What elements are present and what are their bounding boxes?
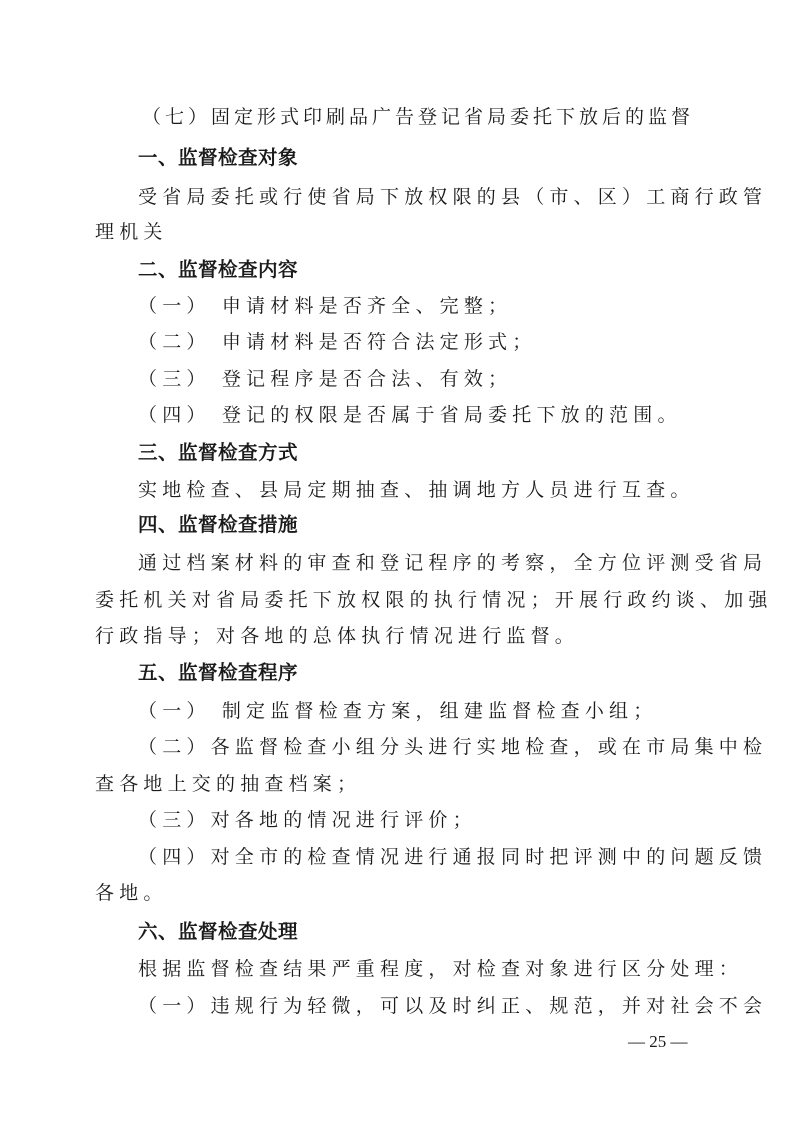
list-item: （三） 登记程序是否合法、有效； bbox=[138, 367, 512, 391]
list-item: （二）各监督检查小组分头进行实地检查，或在市局集中检 bbox=[138, 735, 767, 759]
section-heading-2: 二、监督检查内容 bbox=[138, 258, 298, 282]
paragraph-line: 根据监督检查结果严重程度，对检查对象进行区分处理： bbox=[138, 957, 743, 981]
paragraph-line: 通过档案材料的审查和登记程序的考察，全方位评测受省局 bbox=[138, 551, 767, 575]
paragraph-line: 委托机关对省局委托下放权限的执行情况；开展行政约谈、加强 bbox=[95, 588, 773, 612]
list-item: （一）违规行为轻微，可以及时纠正、规范，并对社会不会 bbox=[138, 994, 767, 1018]
list-item-continued: 各地。 bbox=[95, 881, 168, 905]
document-title: （七）固定形式印刷品广告登记省局委托下放后的监督 bbox=[142, 105, 694, 129]
list-item: （二） 申请材料是否符合法定形式； bbox=[138, 330, 536, 354]
paragraph-line: 实地检查、县局定期抽查、抽调地方人员进行互查。 bbox=[138, 478, 695, 502]
paragraph-line: 受省局委托或行使省局下放权限的县（市、区）工商行政管 bbox=[138, 185, 767, 209]
paragraph-line: 理机关 bbox=[95, 220, 168, 244]
list-item-continued: 查各地上交的抽查档案； bbox=[95, 772, 361, 796]
list-item: （四） 登记的权限是否属于省局委托下放的范围。 bbox=[138, 403, 682, 427]
section-heading-5: 五、监督检查程序 bbox=[138, 661, 298, 685]
paragraph-line: 行政指导；对各地的总体执行情况进行监督。 bbox=[95, 624, 579, 648]
section-heading-1: 一、监督检查对象 bbox=[138, 146, 298, 170]
page-number: — 25 — bbox=[628, 1032, 688, 1052]
section-heading-6: 六、监督检查处理 bbox=[138, 920, 298, 944]
section-heading-3: 三、监督检查方式 bbox=[138, 441, 298, 465]
list-item: （一） 申请材料是否齐全、完整； bbox=[138, 294, 512, 318]
list-item: （一） 制定监督检查方案，组建监督检查小组； bbox=[138, 699, 657, 723]
list-item: （三）对各地的情况进行评价； bbox=[138, 808, 477, 832]
section-heading-4: 四、监督检查措施 bbox=[138, 513, 298, 537]
list-item: （四）对全市的检查情况进行通报同时把评测中的问题反馈 bbox=[138, 845, 767, 869]
